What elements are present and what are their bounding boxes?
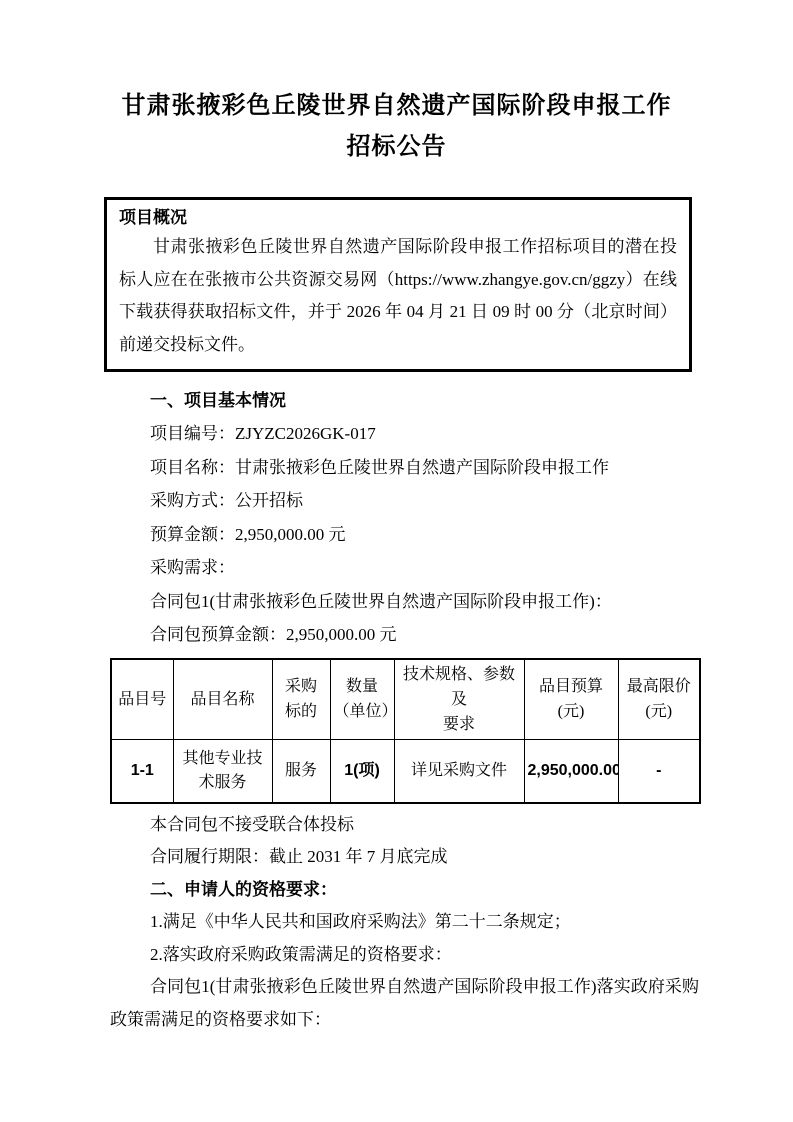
cell-max-price: - [618, 739, 700, 803]
qualification-item-2: 2.落实政府采购政策需满足的资格要求： [110, 939, 699, 972]
contract-period-note: 合同履行期限：截止 2031 年 7 月底完成 [110, 841, 699, 874]
policy-requirements-paragraph: 合同包1(甘肃张掖彩色丘陵世界自然遗产国际阶段申报工作)落实政府采购政策需满足的… [110, 971, 699, 1036]
col-header-quantity-unit: 数量 （单位） [330, 659, 394, 740]
cell-item-name: 其他专业技术服务 [173, 739, 272, 803]
procurement-method-line: 采购方式：公开招标 [110, 484, 699, 518]
section1-heading: 一、项目基本情况 [110, 384, 699, 417]
document-title-line1: 甘肃张掖彩色丘陵世界自然遗产国际阶段申报工作 [0, 86, 793, 127]
qualification-item-1: 1.满足《中华人民共和国政府采购法》第二十二条规定； [110, 906, 699, 939]
project-number-line: 项目编号：ZJYZC2026GK-017 [110, 417, 699, 451]
cell-tech-specs: 详见采购文件 [394, 739, 524, 803]
contract-package-line: 合同包1(甘肃张掖彩色丘陵世界自然遗产国际阶段申报工作)： [110, 585, 699, 619]
procurement-items-table: 品目号 品目名称 采购 标的 数量 （单位） 技术规格、参数及 要求 品目预算 … [110, 658, 701, 804]
contract-package-budget-line: 合同包预算金额：2,950,000.00 元 [110, 618, 699, 652]
table-header-row: 品目号 品目名称 采购 标的 数量 （单位） 技术规格、参数及 要求 品目预算 … [111, 659, 700, 740]
col-header-tech-specs: 技术规格、参数及 要求 [394, 659, 524, 740]
project-overview-box: 项目概况 甘肃张掖彩色丘陵世界自然遗产国际阶段申报工作招标项目的潜在投标人应在在… [104, 197, 692, 372]
project-name-line: 项目名称：甘肃张掖彩色丘陵世界自然遗产国际阶段申报工作 [110, 451, 699, 485]
cell-quantity-unit: 1(项) [330, 739, 394, 803]
col-header-item-budget: 品目预算 (元) [524, 659, 618, 740]
col-header-max-price: 最高限价 (元) [618, 659, 700, 740]
cell-item-no: 1-1 [111, 739, 173, 803]
col-header-procurement-target: 采购 标的 [272, 659, 330, 740]
cell-item-budget: 2,950,000.00 [524, 739, 618, 803]
document-title: 甘肃张掖彩色丘陵世界自然遗产国际阶段申报工作 招标公告 [0, 0, 793, 168]
table-data-row: 1-1 其他专业技术服务 服务 1(项) 详见采购文件 2,950,000.00… [111, 739, 700, 803]
col-header-item-name: 品目名称 [173, 659, 272, 740]
overview-heading: 项目概况 [119, 204, 677, 231]
document-body: 一、项目基本情况 项目编号：ZJYZC2026GK-017 项目名称：甘肃张掖彩… [110, 384, 699, 1036]
overview-body-paragraph: 甘肃张掖彩色丘陵世界自然遗产国际阶段申报工作招标项目的潜在投标人应在在张掖市公共… [119, 231, 677, 361]
no-consortium-note: 本合同包不接受联合体投标 [110, 809, 699, 842]
cell-procurement-target: 服务 [272, 739, 330, 803]
budget-amount-line: 预算金额：2,950,000.00 元 [110, 518, 699, 552]
procurement-demand-line: 采购需求： [110, 551, 699, 585]
section2-heading: 二、申请人的资格要求： [110, 874, 699, 907]
document-title-line2: 招标公告 [0, 127, 793, 168]
document-page: 甘肃张掖彩色丘陵世界自然遗产国际阶段申报工作 招标公告 项目概况 甘肃张掖彩色丘… [0, 0, 793, 1122]
col-header-item-no: 品目号 [111, 659, 173, 740]
